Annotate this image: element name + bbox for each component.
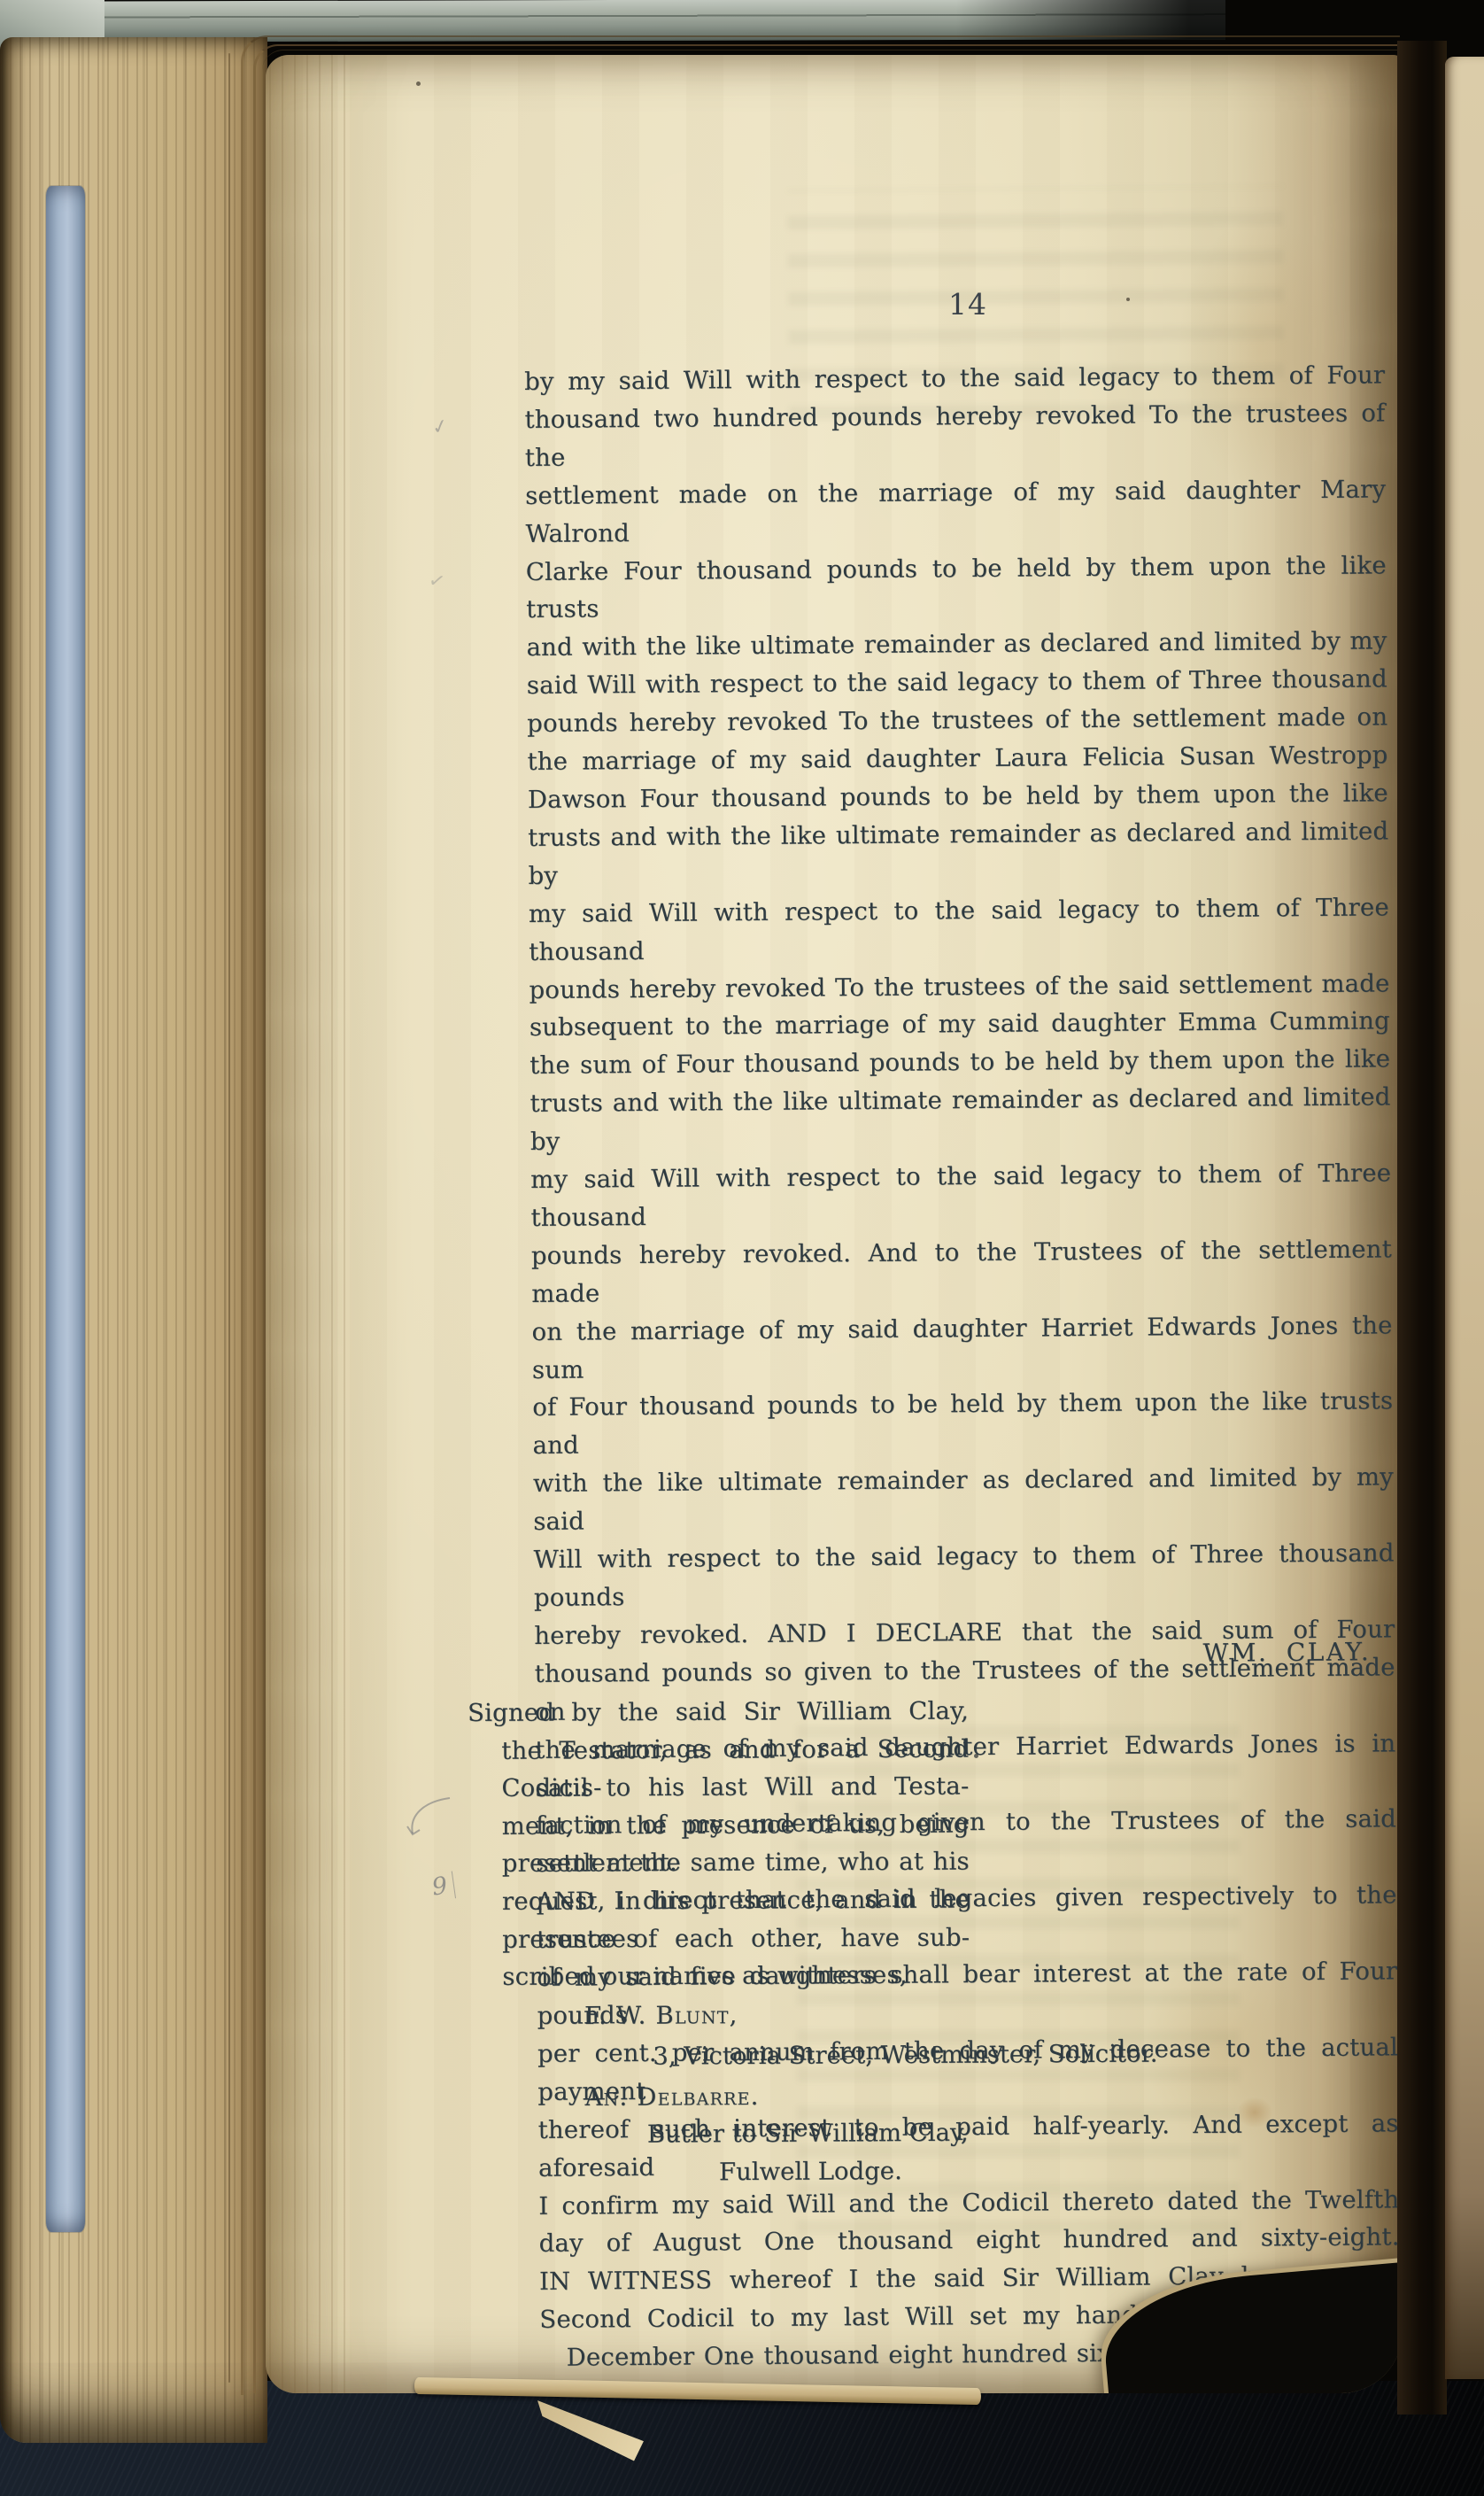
- text-line: trusts and with the like ultimate remain…: [529, 1079, 1391, 1161]
- text-line: request, in his presence, and in the: [468, 1880, 970, 1920]
- text-line: Dawson Four thousand pounds to be held b…: [528, 774, 1388, 819]
- book-photograph: 14 by my said Will with respect to the s…: [0, 0, 1484, 2496]
- witness-occupation: Butler to Sir William Clay,: [647, 2119, 969, 2149]
- text-line: the marriage of my said daughter Laura F…: [527, 736, 1387, 781]
- text-line: settlement made on the marriage of my sa…: [525, 470, 1387, 553]
- paper-speck: [1126, 298, 1130, 301]
- text-line: the sum of Four thousand pounds to be he…: [529, 1041, 1390, 1086]
- pencil-number-mark: 9: [430, 1871, 456, 1901]
- page-number: 14: [915, 287, 1021, 322]
- gutter-striations: [269, 55, 345, 2393]
- witness-name: F. W. Blunt,: [584, 2001, 738, 2030]
- book-gutter-shadow: [1397, 41, 1447, 2415]
- blue-page-edge: [46, 186, 85, 2232]
- attestation-clause: Signed by the said Sir William Clay,the …: [468, 1693, 970, 1996]
- text-line: pounds hereby revoked To the trustees of…: [527, 699, 1387, 744]
- witness-address: 3, Victoria Street, Westminster, Solicit…: [653, 2040, 1157, 2071]
- text-line: of Four thousand pounds to be held by th…: [532, 1383, 1394, 1465]
- text-line: pounds hereby revoked To the trustees of…: [529, 965, 1389, 1010]
- text-line: Will with respect to the said legacy to …: [533, 1534, 1395, 1616]
- book-cover-top-cloth: [0, 0, 1225, 43]
- text-line: the Testator, as and for a Second: [468, 1730, 969, 1770]
- pencil-arrow-mark: [398, 1793, 455, 1842]
- text-line: thousand two hundred pounds hereby revok…: [524, 394, 1386, 477]
- pencil-tick-mark: ✓: [427, 569, 447, 593]
- text-line: trusts and with the like ultimate remain…: [528, 812, 1389, 895]
- adjacent-page-edge: [1445, 57, 1484, 2379]
- text-line: pounds hereby revoked. And to the Truste…: [531, 1230, 1393, 1313]
- text-line: said Will with respect to the said legac…: [527, 661, 1387, 706]
- book-page: 14 by my said Will with respect to the s…: [266, 55, 1403, 2393]
- text-line: Clarke Four thousand pounds to be held b…: [526, 546, 1387, 629]
- text-line: present at the same time, who at his: [468, 1843, 970, 1883]
- paper-speck: [416, 81, 421, 86]
- witness-name: An. Delbarre.: [584, 2082, 759, 2112]
- witness-residence: Fulwell Lodge.: [719, 2157, 902, 2186]
- text-line: with the like ultimate remainder as decl…: [533, 1459, 1395, 1541]
- pencil-tick-mark: ✓: [429, 415, 451, 440]
- text-line: and with the like ultimate remainder as …: [526, 623, 1387, 668]
- witness-block: F. W. Blunt, 3, Victoria Street, Westmin…: [584, 1997, 1403, 2232]
- text-line: my said Will with respect to the said le…: [530, 1154, 1392, 1236]
- text-line: ment, in the presence of us, being: [468, 1805, 970, 1845]
- page-edge-stack: [0, 37, 267, 2443]
- text-line: on the marriage of my said daughter Harr…: [531, 1306, 1393, 1389]
- text-line: scribed our names as witnesses,: [468, 1957, 970, 1996]
- text-line: Signed by the said Sir William Clay,: [468, 1693, 969, 1732]
- page-edge-line: [228, 53, 230, 2383]
- text-line: presence of each other, have sub-: [468, 1919, 970, 1958]
- text-line: subsequent to the marriage of my said da…: [529, 1003, 1390, 1048]
- text-line: Codicil to his last Will and Testa-: [468, 1768, 969, 1808]
- text-line: my said Will with respect to the said le…: [529, 888, 1390, 971]
- text-line: by my said Will with respect to the said…: [524, 356, 1385, 401]
- ink-dot: [974, 1754, 978, 1758]
